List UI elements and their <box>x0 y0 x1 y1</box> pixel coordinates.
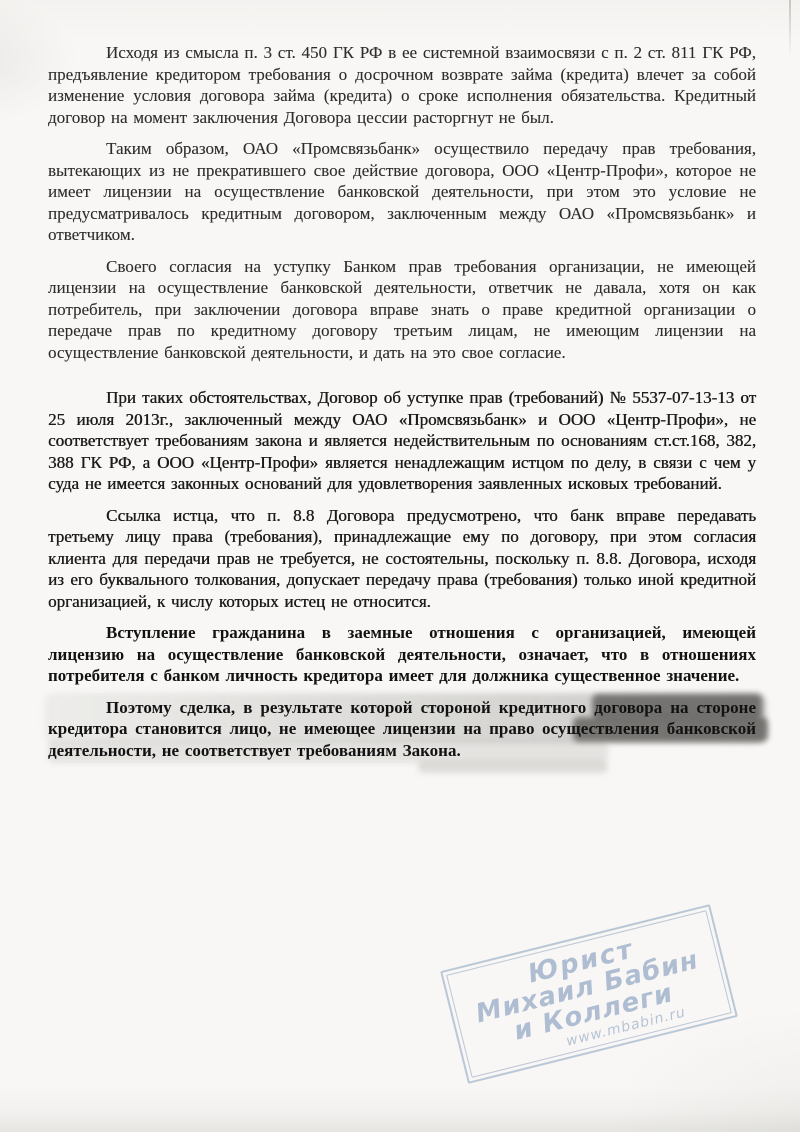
paragraph-3: Своего согласия на уступку Банком прав т… <box>48 256 756 364</box>
scanned-document-page: Исходя из смысла п. 3 ст. 450 ГК РФ в ее… <box>0 0 800 1132</box>
law-firm-stamp-border: Юрист Михаил Бабин и Коллеги www.mbabin.… <box>446 910 732 1078</box>
paragraph-5: Ссылка истца, что п. 8.8 Договора предус… <box>48 505 756 613</box>
paragraph-7-text: Поэтому сделка, в результате которой сто… <box>48 698 756 760</box>
document-body: Исходя из смысла п. 3 ст. 450 ГК РФ в ее… <box>48 42 756 771</box>
paragraph-4: При таких обстоятельствах, Договор об ус… <box>48 387 756 495</box>
toner-smudge-artifact <box>418 761 608 773</box>
paragraph-6: Вступление гражданина в заемные отношени… <box>48 622 756 687</box>
law-firm-stamp: Юрист Михаил Бабин и Коллеги www.mbabin.… <box>440 904 738 1084</box>
paragraph-7: Поэтому сделка, в результате которой сто… <box>48 697 756 762</box>
paragraph-2: Таким образом, ОАО «Промсвязьбанк» осуще… <box>48 138 756 246</box>
scan-edge-artifact <box>789 0 791 58</box>
paragraph-1: Исходя из смысла п. 3 ст. 450 ГК РФ в ее… <box>48 42 756 128</box>
